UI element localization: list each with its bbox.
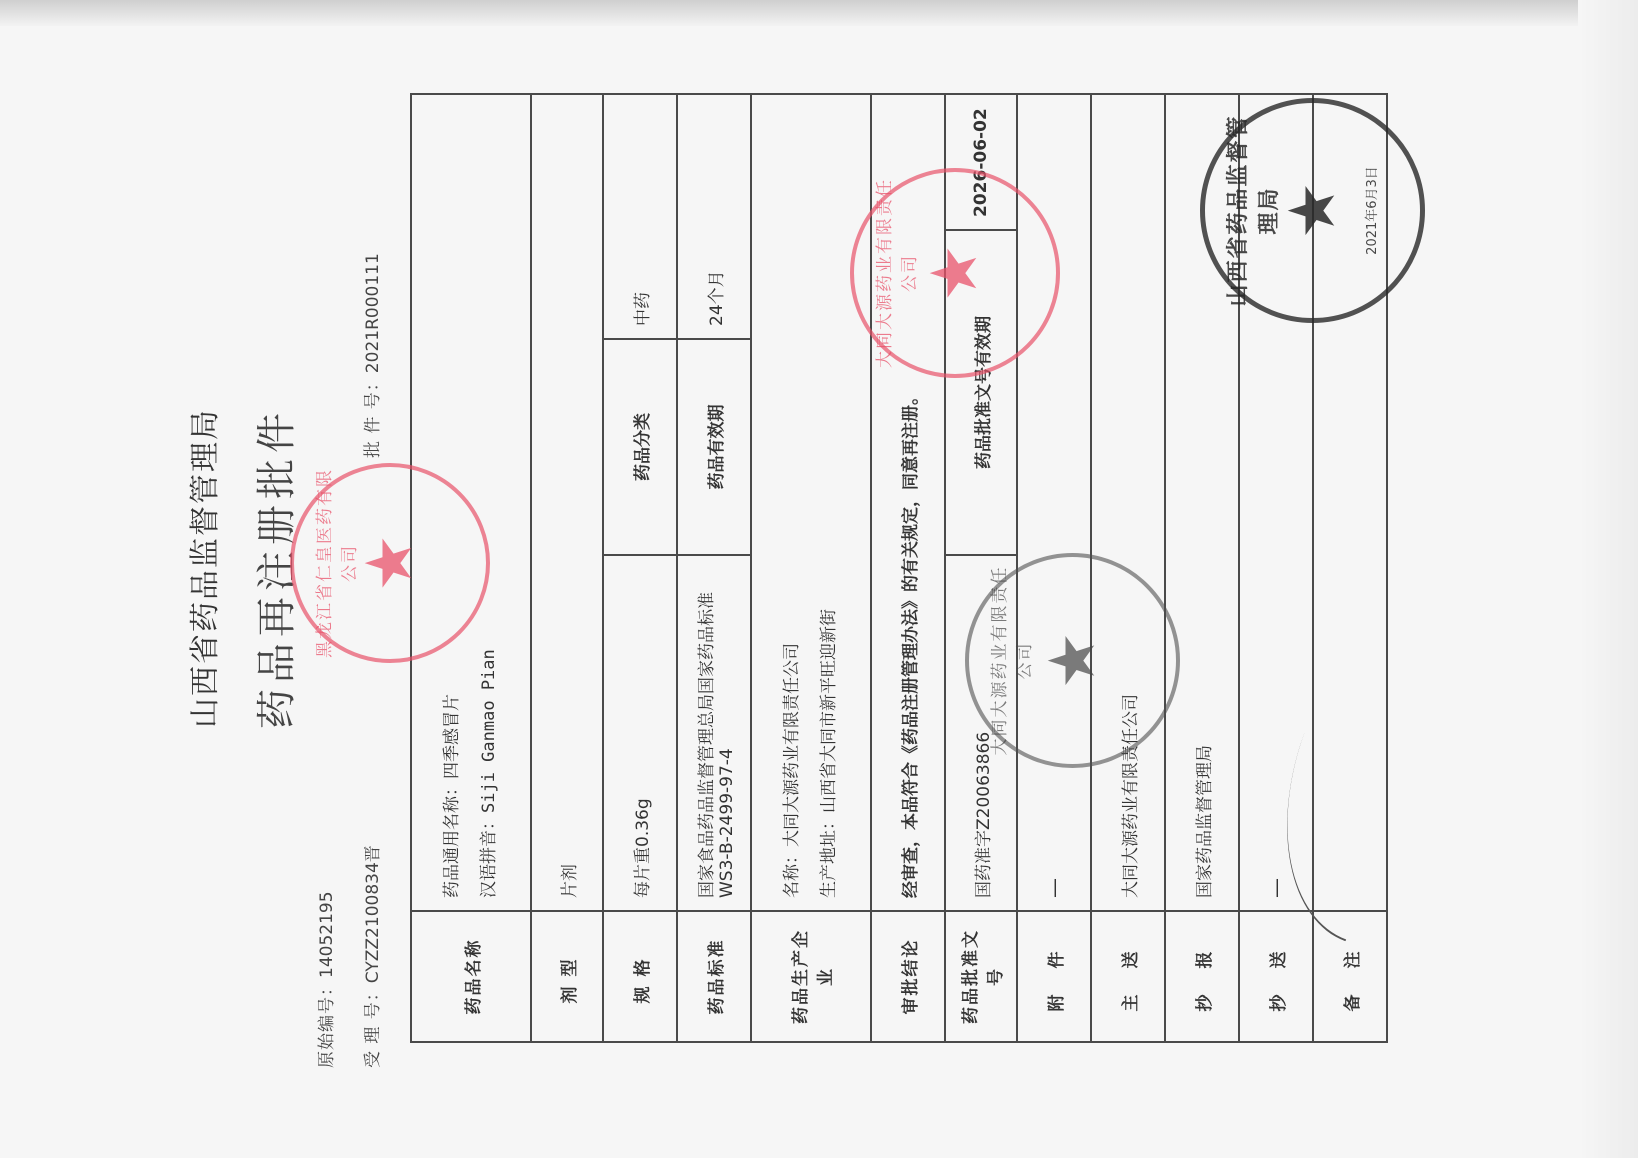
table-row-dosage-form: 剂型 片剂 <box>531 94 603 1042</box>
table-row-manufacturer: 药品生产企业 名称：大同大源药业有限责任公司 生产地址：山西省大同市新平旺迎新街 <box>751 94 871 1042</box>
star-icon: ★ <box>923 244 987 301</box>
standard-value-line1: 国家食品药品监督管理总局国家药品标准 <box>692 568 717 898</box>
seal-text: 大同大源药业有限责任公司 <box>985 557 1035 764</box>
approval-doc-number: 批 件 号：2021R000111 <box>358 253 383 458</box>
generic-name-value: 四季感冒片 <box>442 694 462 779</box>
manufacturer-cell: 名称：大同大源药业有限责任公司 生产地址：山西省大同市新平旺迎新街 <box>751 94 871 911</box>
validity-value: 24个月 <box>677 94 751 339</box>
manufacturer-address-value: 山西省大同市新平旺迎新街 <box>819 609 839 813</box>
seal-date: 2021年6月3日 <box>1361 103 1380 318</box>
issuing-agency: 山西省药品监督管理局 <box>180 378 224 758</box>
specification-value: 每片重0.36g <box>603 555 677 911</box>
acceptance-number-label: 受 理 号： <box>363 983 383 1068</box>
dosage-form-label: 剂型 <box>531 911 603 1042</box>
gray-company-seal: 大同大源药业有限责任公司 ★ <box>965 553 1180 768</box>
generic-name-label: 药品通用名称： <box>442 779 462 898</box>
acceptance-number: 受 理 号：CYZZ2100834晋 <box>358 845 383 1068</box>
approval-document: 山西省药品监督管理局 药品再注册批件 原始编号：14052195 受 理 号：C… <box>0 0 1638 1158</box>
conclusion-label: 审批结论 <box>871 911 945 1042</box>
drug-name-label: 药品名称 <box>411 911 531 1042</box>
manufacturer-address: 生产地址：山西省大同市新平旺迎新街 <box>811 107 848 898</box>
category-value: 中药 <box>603 94 677 339</box>
category-label: 药品分类 <box>603 339 677 555</box>
pinyin-value: Siji Ganmao Pian <box>479 649 499 813</box>
main-recipient-value: 大同大源药业有限责任公司 <box>1091 94 1165 911</box>
red-company-seal-2: 大同大源药业有限责任公司 ★ <box>850 168 1060 378</box>
star-icon: ★ <box>1281 182 1345 239</box>
pinyin-name: 汉语拼音：Siji Ganmao Pian <box>471 107 508 898</box>
table-row-standard: 药品标准 国家食品药品监督管理总局国家药品标准 WS3-B-2499-97-4 … <box>677 94 751 1042</box>
standard-value-line2: WS3-B-2499-97-4 <box>717 568 737 898</box>
dosage-form-value: 片剂 <box>531 94 603 911</box>
specification-label: 规格 <box>603 911 677 1042</box>
manufacturer-name-label: 名称： <box>782 847 802 898</box>
original-number-value: 14052195 <box>317 891 337 978</box>
validity-label: 药品有效期 <box>677 339 751 555</box>
standard-label: 药品标准 <box>677 911 751 1042</box>
manufacturer-name-value: 大同大源药业有限责任公司 <box>782 643 802 847</box>
approval-doc-number-value: 2021R000111 <box>363 253 383 373</box>
star-icon: ★ <box>1041 632 1105 689</box>
attachment-label: 附 件 <box>1017 911 1091 1042</box>
seal-text: 山西省药品监督管理局 <box>1221 103 1283 318</box>
original-number-label: 原始编号： <box>317 978 337 1068</box>
star-icon: ★ <box>358 534 422 591</box>
report-to-label: 抄 报 <box>1165 911 1239 1042</box>
acceptance-number-value: CYZZ2100834晋 <box>363 845 383 983</box>
original-number: 原始编号：14052195 <box>312 891 337 1068</box>
agency-official-seal: 山西省药品监督管理局 ★ 2021年6月3日 <box>1200 98 1425 323</box>
table-row-specification: 规格 每片重0.36g 药品分类 中药 <box>603 94 677 1042</box>
seal-text: 黑龙江省仁皇医药有限公司 <box>310 467 360 659</box>
manufacturer-label: 药品生产企业 <box>751 911 871 1042</box>
standard-value: 国家食品药品监督管理总局国家药品标准 WS3-B-2499-97-4 <box>677 555 751 911</box>
remarks-label: 备 注 <box>1313 911 1387 1042</box>
main-recipient-label: 主 送 <box>1091 911 1165 1042</box>
pinyin-label: 汉语拼音： <box>479 813 499 898</box>
manufacturer-address-label: 生产地址： <box>819 813 839 898</box>
approval-number-label: 药品批准文号 <box>945 911 1017 1042</box>
copy-to-label: 抄 送 <box>1239 911 1313 1042</box>
red-company-seal-1: 黑龙江省仁皇医药有限公司 ★ <box>290 463 490 663</box>
manufacturer-name: 名称：大同大源药业有限责任公司 <box>774 107 811 898</box>
seal-text: 大同大源药业有限责任公司 <box>870 172 920 374</box>
approval-doc-number-label: 批 件 号： <box>363 373 383 458</box>
